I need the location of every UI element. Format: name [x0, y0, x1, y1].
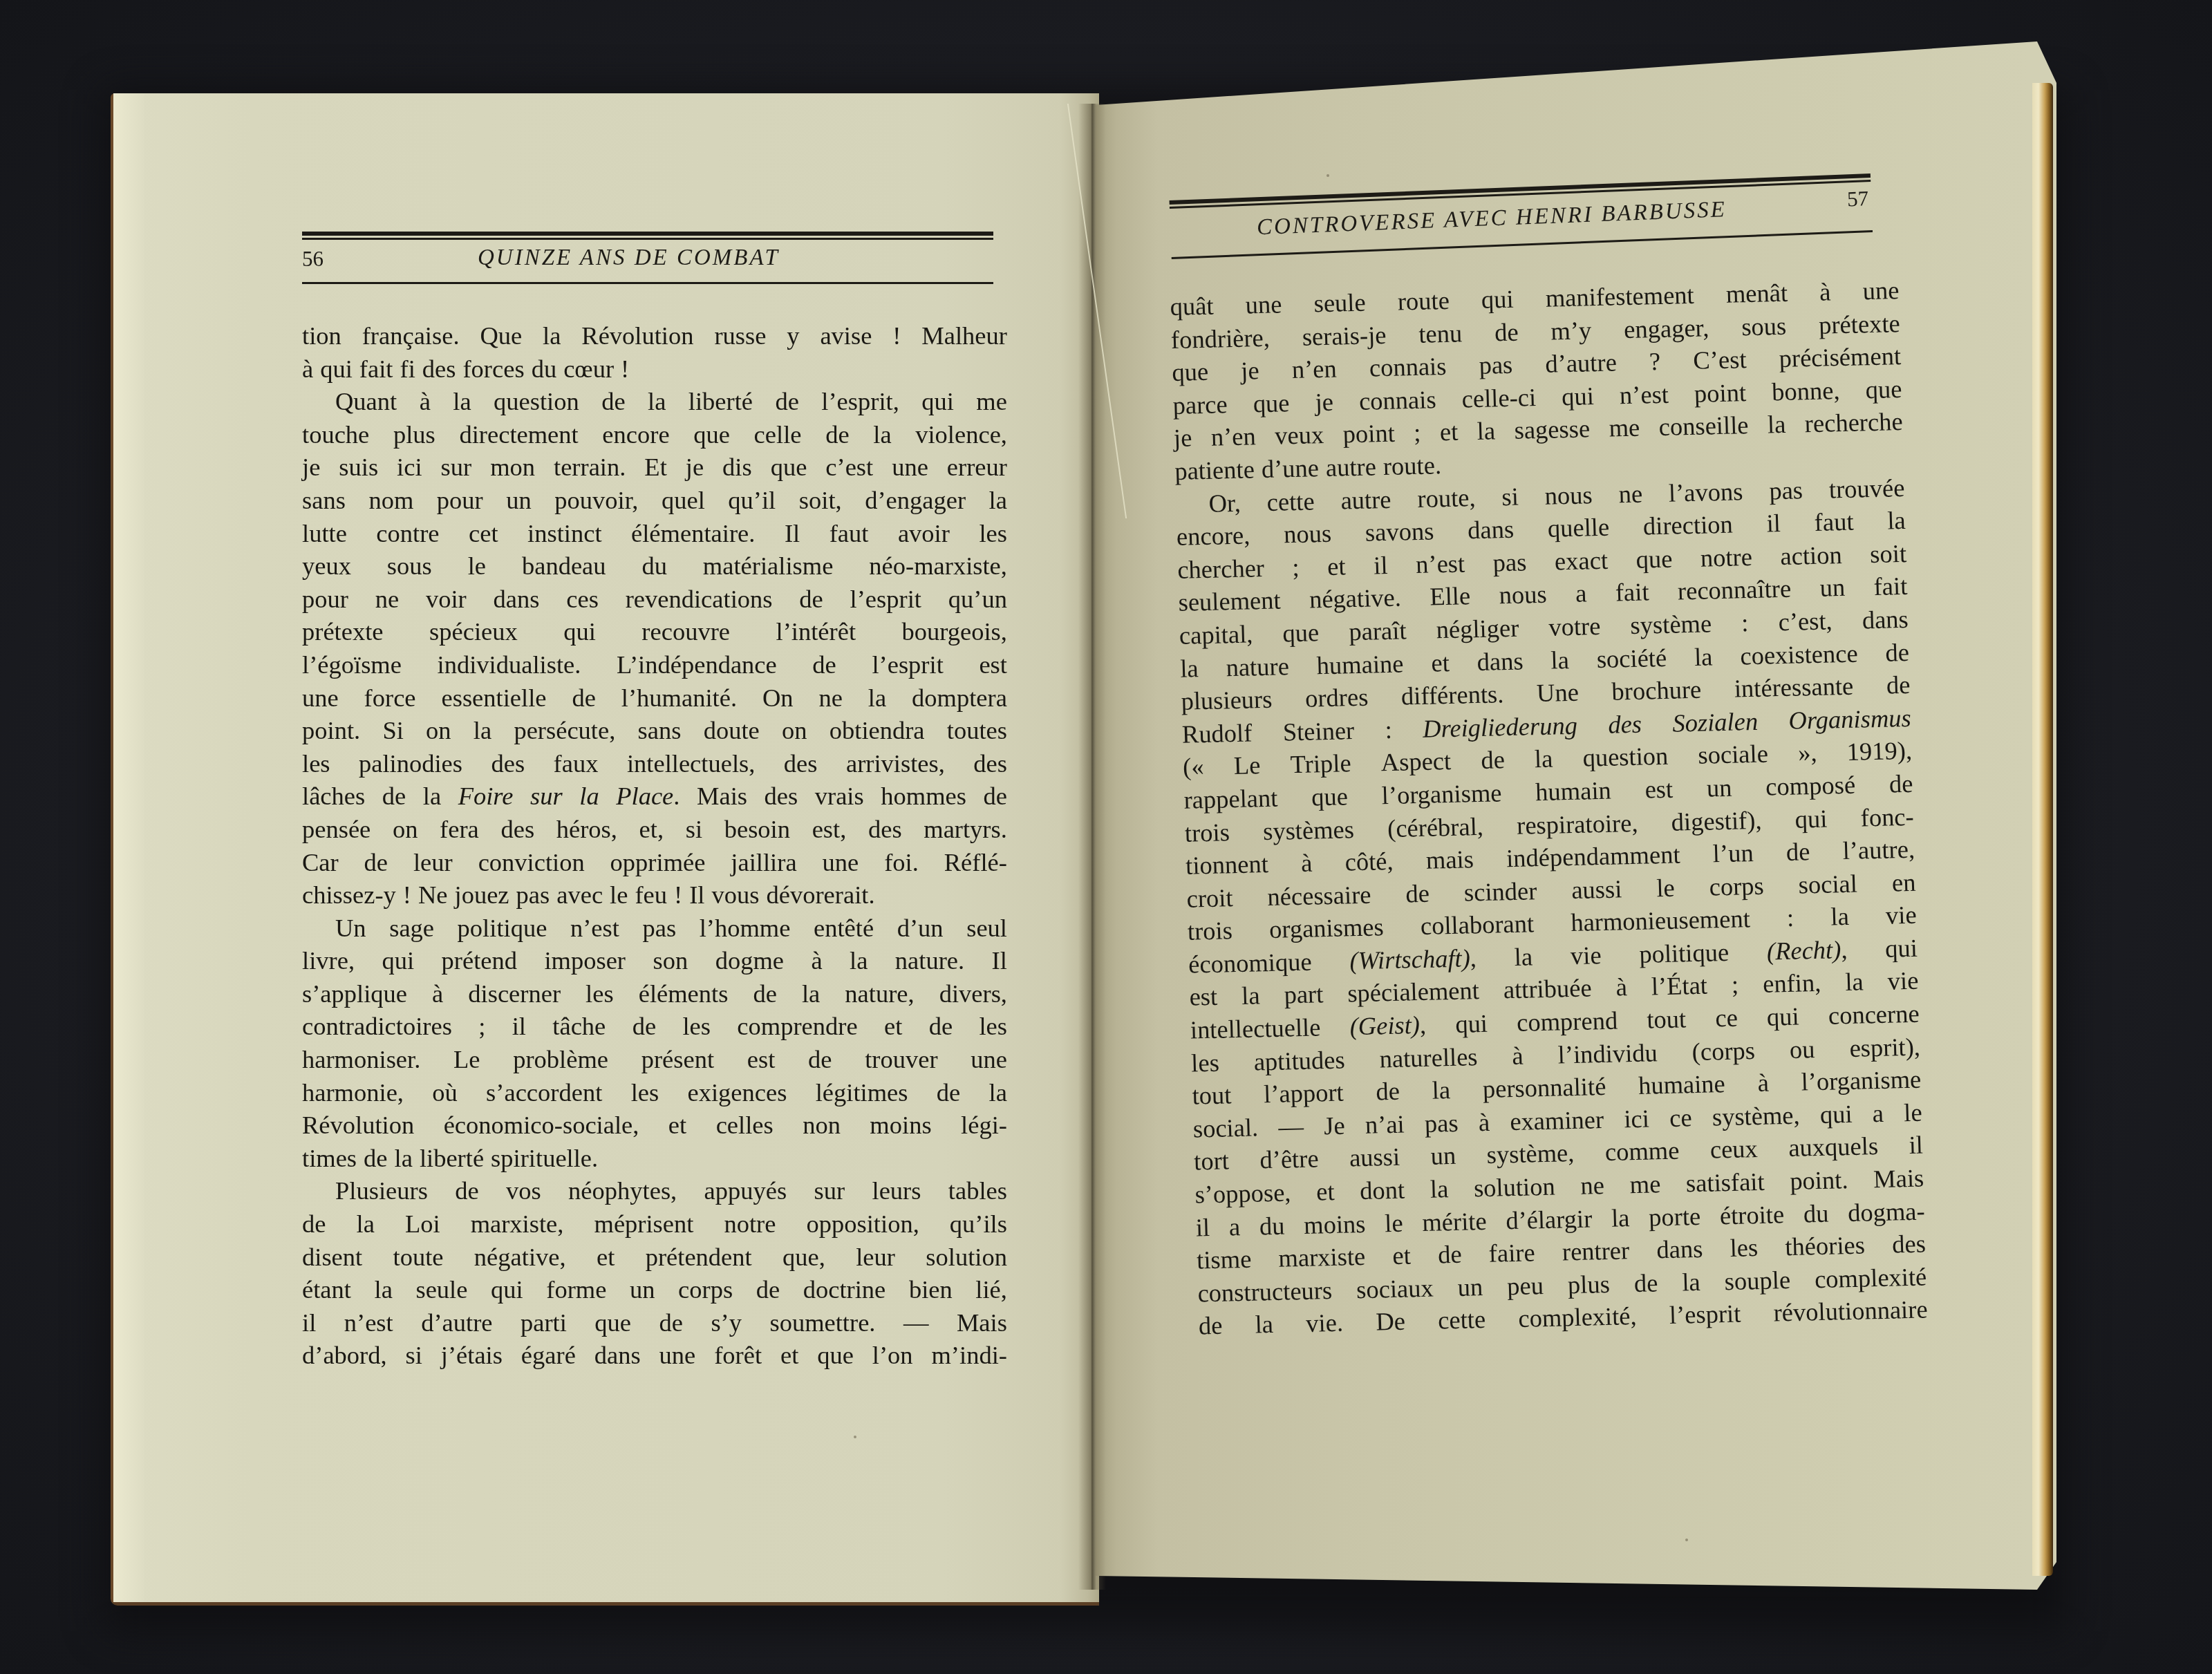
text-line: delaLoimarxiste,méprisentnotreopposition… — [302, 1207, 1007, 1241]
paper-speck — [1327, 174, 1329, 177]
text-line: livre,quiprétendimposersondogmeàlanature… — [302, 944, 1007, 977]
running-head-title: QUINZE ANS DE COMBAT — [478, 245, 780, 271]
text-line: prétextespécieuxquirecouvrel’intérêtbour… — [302, 615, 1007, 648]
text-line: toucheplusdirectementencorequecelledelav… — [302, 418, 1007, 451]
text-line: timesdelalibertéspirituelle. — [302, 1142, 1007, 1175]
text-line: point.Sionlapersécute,sansdouteonobtiend… — [302, 714, 1007, 747]
page-number: 56 — [302, 247, 324, 272]
text-line: penséeonferadeshéros,et,sibesoinest,desm… — [302, 813, 1007, 846]
text-line: l’égoïsmeindividualiste.L’indépendancede… — [302, 648, 1007, 681]
text-line: àquifaitfidesforcesducœur! — [302, 352, 1007, 386]
text-line: tionfrançaise.QuelaRévolutionrusseyavise… — [302, 319, 1007, 352]
paper-speck — [1685, 1539, 1688, 1541]
text-line: harmonie,oùs’accordentlesexigenceslégiti… — [302, 1076, 1007, 1109]
text-line: lespalinodiesdesfauxintellectuels,desarr… — [302, 747, 1007, 780]
text-line: étantlaseulequiformeuncorpsdedoctrinebie… — [302, 1273, 1007, 1306]
left-page-body-text: tionfrançaise.QuelaRévolutionrusseyavise… — [302, 319, 1007, 1372]
header-rule — [302, 282, 993, 284]
text-line: disenttoutenégative,etprétendentque,leur… — [302, 1241, 1007, 1274]
text-line: Révolutionéconomico-sociale,etcellesnonm… — [302, 1109, 1007, 1142]
text-line: yeuxsouslebandeaudumatérialismenéo-marxi… — [302, 549, 1007, 583]
text-line: sansnompourunpouvoir,quelqu’ilsoit,d’eng… — [302, 484, 1007, 517]
text-line: iln’estd’autrepartiquedes’ysoumettre.—Ma… — [302, 1306, 1007, 1339]
left-running-head: 56 QUINZE ANS DE COMBAT — [302, 232, 993, 287]
text-line: Cardeleurconvictionoppriméejailliraunefo… — [302, 846, 1007, 879]
right-page-body-text: quâtuneseuleroutequimanifestementmenâtàu… — [1170, 274, 1928, 1342]
fore-edge-page-block — [2032, 83, 2053, 1576]
text-line: lâchesdelaFoiresurlaPlace.Maisdesvraisho… — [302, 780, 1007, 813]
page-number: 57 — [1847, 186, 1869, 211]
text-line: luttecontrecetinstinctélémentaire.Ilfaut… — [302, 517, 1007, 550]
text-line: jesuisicisurmonterrain.Etjedisquec’estun… — [302, 451, 1007, 484]
text-line: Plusieursdevosnéophytes,appuyéssurleurst… — [302, 1174, 1007, 1207]
text-line: d’abord,sij’étaiségarédansuneforêtetquel… — [302, 1339, 1007, 1372]
book-gutter — [1078, 104, 1106, 1590]
text-line: s’appliqueàdiscernerlesélémentsdelanatur… — [302, 977, 1007, 1010]
header-double-rule — [302, 232, 993, 240]
text-line: pournevoirdanscesrevendicationsdel’espri… — [302, 583, 1007, 616]
text-line: uneforceessentielledel’humanité.Onnelado… — [302, 681, 1007, 715]
text-line: chissez-y!Nejouezpasaveclefeu!Ilvousdévo… — [302, 878, 1007, 912]
text-line: Unsagepolitiquen’estpasl’hommeentêtéd’un… — [302, 912, 1007, 945]
text-line: Quantàlaquestiondelalibertédel’esprit,qu… — [302, 385, 1007, 418]
text-line: harmoniser.Leproblèmeprésentestdetrouver… — [302, 1043, 1007, 1076]
paper-speck — [854, 1436, 856, 1438]
text-line: contradictoires;iltâchedelescomprendreet… — [302, 1010, 1007, 1043]
running-head-title: CONTROVERSE AVEC HENRI BARBUSSE — [1256, 197, 1727, 241]
